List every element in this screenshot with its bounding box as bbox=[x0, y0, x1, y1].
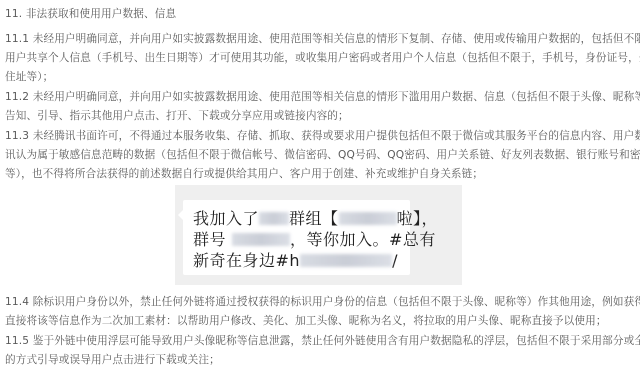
clause-11-4: 11.4 除标识用户身份以外，禁止任何外链将通过授权获得的标识用户身份的信息（包… bbox=[5, 293, 640, 331]
bubble-line-2: 群号，等你加入。#总有 bbox=[193, 229, 410, 250]
bubble-line-3: 新奇在身边#h/ bbox=[193, 250, 410, 271]
clause-line: 11.2 未经用户明确同意，并向用户如实披露数据用途、使用范围等相关信息的情形下… bbox=[5, 88, 640, 107]
clause-line: 11.4 除标识用户身份以外，禁止任何外链将通过授权获得的标识用户身份的信息（包… bbox=[5, 293, 640, 312]
clause-line: 11.1 未经用户明确同意，并向用户如实披露数据用途、使用范围等相关信息的情形下… bbox=[5, 30, 640, 49]
chat-message-bubble: 我加入了群组【啦】， 群号，等你加入。#总有 新奇在身边#h/ bbox=[183, 200, 410, 275]
redacted-blur bbox=[259, 212, 289, 225]
clause-line: 用户共享个人信息（手机号、出生日期等）才可使用其功能，或收集用户密码或者用户个人… bbox=[5, 49, 640, 68]
bubble-line-1: 我加入了群组【啦】， bbox=[193, 208, 410, 229]
example-screenshot: 我加入了群组【啦】， 群号，等你加入。#总有 新奇在身边#h/ bbox=[175, 185, 462, 285]
clause-11-2: 11.2 未经用户明确同意，并向用户如实披露数据用途、使用范围等相关信息的情形下… bbox=[5, 88, 640, 126]
clause-line: 11.3 未经腾讯书面许可，不得通过本服务收集、存储、抓取、获得或要求用户提供包… bbox=[5, 127, 640, 146]
redacted-blur bbox=[232, 233, 290, 246]
clause-line: 住址等）； bbox=[5, 68, 640, 87]
clause-line: 11.5 鉴于外链中使用浮层可能导致用户头像昵称等信息泄露，禁止任何外链使用含有… bbox=[5, 332, 640, 351]
clause-11-5: 11.5 鉴于外链中使用浮层可能导致用户头像昵称等信息泄露，禁止任何外链使用含有… bbox=[5, 332, 640, 370]
clause-line: 直接将该等信息作为二次加工素材：以帮助用户修改、美化、加工头像、昵称为名义，将拉… bbox=[5, 312, 640, 331]
clause-line: 讯认为属于敏感信息范畴的数据（包括但不限于微信帐号、微信密码、QQ号码、QQ密码… bbox=[5, 146, 640, 165]
clause-line: 等），也不得将所合法获得的前述数据自行或提供给其用户、客户用于创建、补充或维护自… bbox=[5, 165, 640, 184]
clause-line: 的方式引导或误导用户点击进行下载或关注； bbox=[5, 351, 640, 370]
clause-11-1: 11.1 未经用户明确同意，并向用户如实披露数据用途、使用范围等相关信息的情形下… bbox=[5, 30, 640, 87]
clause-11-3: 11.3 未经腾讯书面许可，不得通过本服务收集、存储、抓取、获得或要求用户提供包… bbox=[5, 127, 640, 184]
clause-line: 告知、引导、指示其他用户点击、打开、下载或分享应用或链接内容的； bbox=[5, 107, 640, 126]
redacted-blur bbox=[339, 212, 397, 225]
section-heading: 11. 非法获取和使用用户数据、信息 bbox=[5, 5, 176, 24]
redacted-blur bbox=[300, 254, 392, 267]
heading-text: 11. 非法获取和使用用户数据、信息 bbox=[5, 5, 176, 24]
